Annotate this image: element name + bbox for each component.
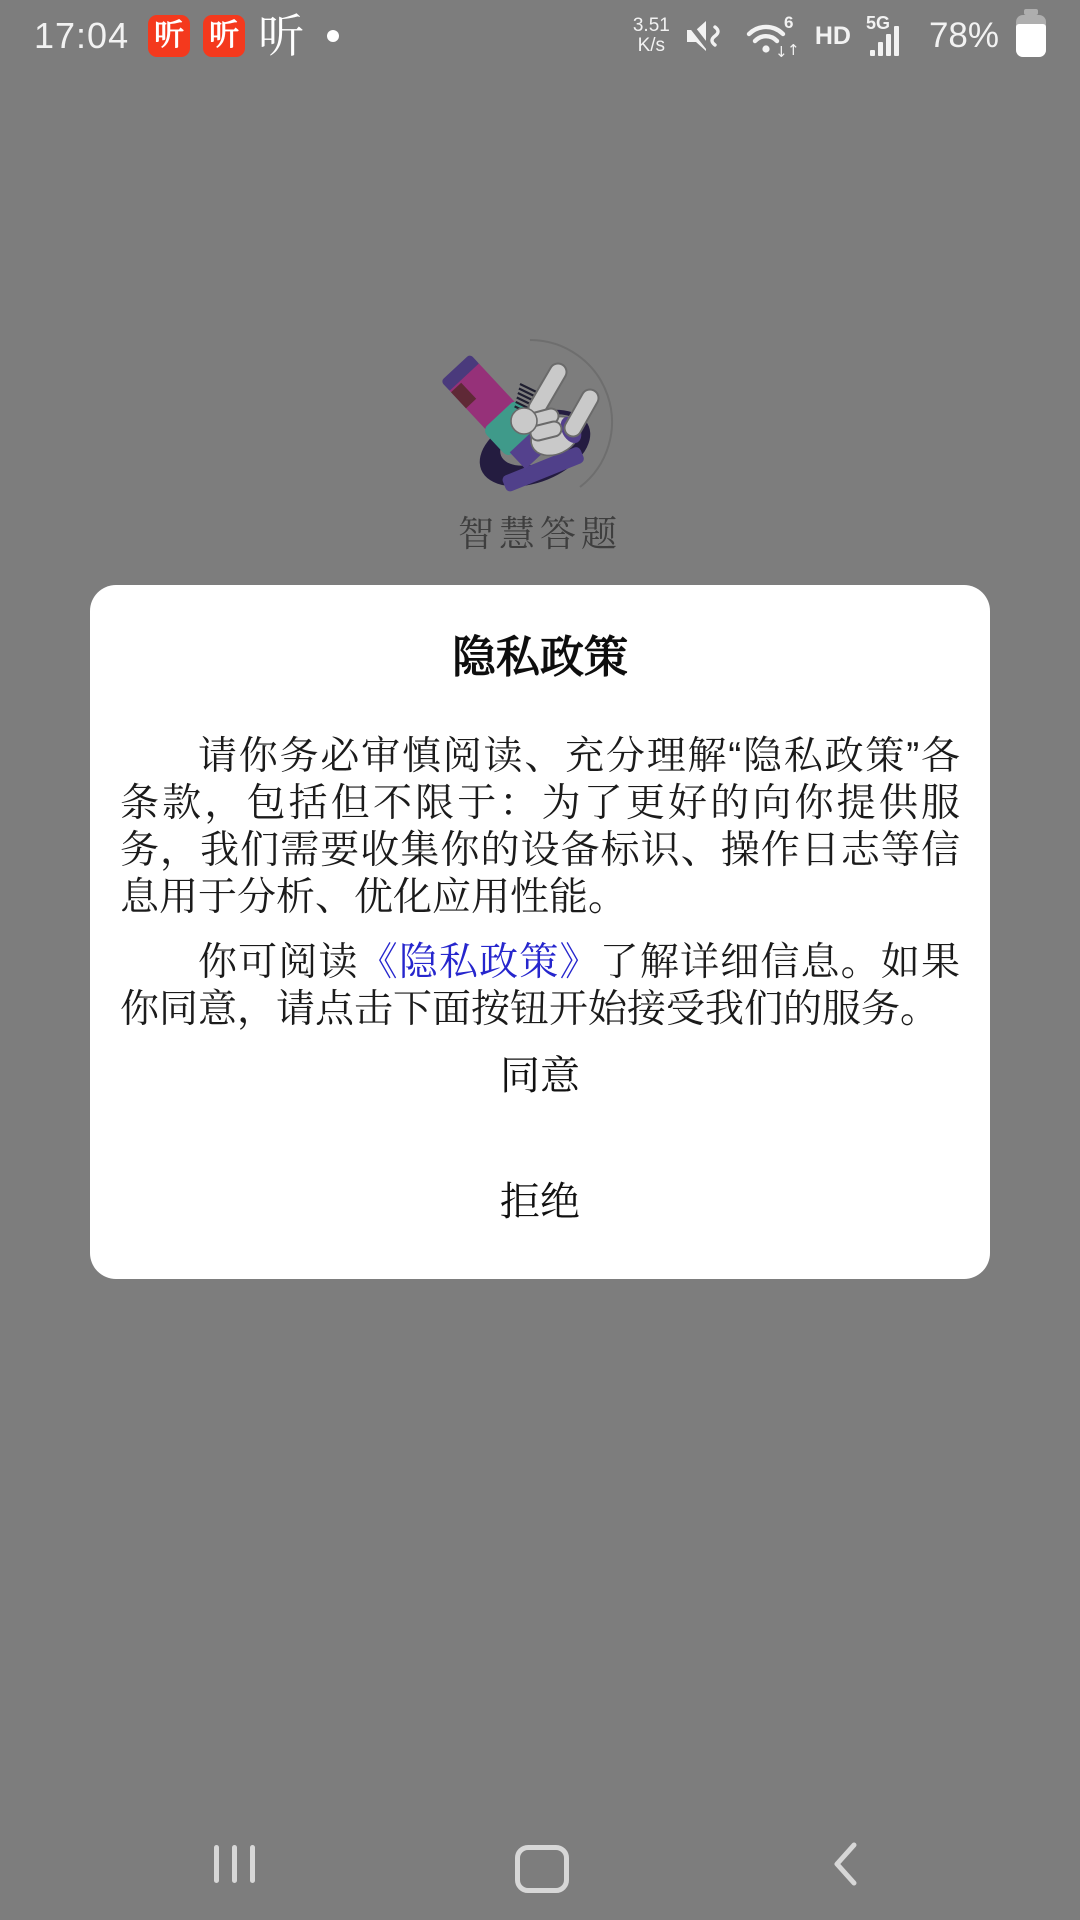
svg-text:6: 6 <box>784 14 793 32</box>
wifi6-icon: 6 ↓ ↑ <box>744 14 800 58</box>
signal-bars-icon <box>870 26 899 56</box>
dialog-paragraph-2: 你可阅读《隐私政策》了解详细信息。如果你同意，请点击下面按钮开始接受我们的服务。 <box>120 939 960 1033</box>
notification-app-icon-3: 听 <box>258 13 304 59</box>
hd-badge: HD <box>815 22 851 51</box>
app-logo <box>430 336 650 496</box>
status-bar: 17:04 听 听 听 3.51 K/s 6 ↓ ↑ <box>0 0 1080 72</box>
privacy-dialog: 隐私政策 请你务必审慎阅读、充分理解“隐私政策”各条款，包括但不限于：为了更好的… <box>90 585 990 1279</box>
app-name: 智慧答题 <box>458 506 622 557</box>
battery-fill <box>1016 24 1046 57</box>
recents-button[interactable] <box>214 1845 255 1883</box>
privacy-policy-link[interactable]: 《隐私政策》 <box>359 941 600 984</box>
mute-icon <box>685 18 729 54</box>
dialog-title: 隐私政策 <box>120 631 960 685</box>
status-right: 3.51 K/s 6 ↓ ↑ HD 5G <box>633 13 1046 59</box>
agree-button[interactable]: 同意 <box>120 1053 960 1100</box>
app-brand: 智慧答题 <box>0 336 1080 557</box>
clock: 17:04 <box>34 15 129 57</box>
network-speed: 3.51 K/s <box>633 16 670 56</box>
navigation-bar <box>0 1800 1080 1920</box>
network-speed-unit: K/s <box>633 36 670 56</box>
status-left: 17:04 听 听 听 <box>34 13 339 59</box>
paragraph-2-prefix: 你可阅读 <box>198 941 359 984</box>
notification-app-icon-2: 听 <box>203 15 245 57</box>
svg-text:↓: ↓ <box>775 43 788 58</box>
notification-dot-icon <box>327 30 339 42</box>
cellular-signal-icon: 5G <box>866 13 914 59</box>
svg-text:↑: ↑ <box>787 41 800 58</box>
notification-app-icon-1: 听 <box>148 15 190 57</box>
refuse-button[interactable]: 拒绝 <box>120 1179 960 1226</box>
dialog-paragraph-1: 请你务必审慎阅读、充分理解“隐私政策”各条款，包括但不限于：为了更好的向你提供服… <box>120 733 960 921</box>
back-button[interactable] <box>832 1842 860 1886</box>
screen: 17:04 听 听 听 3.51 K/s 6 ↓ ↑ <box>0 0 1080 1920</box>
battery-percent: 78% <box>929 16 999 56</box>
network-speed-value: 3.51 <box>633 16 670 36</box>
home-button[interactable] <box>515 1845 569 1893</box>
battery-cap <box>1024 9 1038 15</box>
battery-icon <box>1016 15 1046 57</box>
